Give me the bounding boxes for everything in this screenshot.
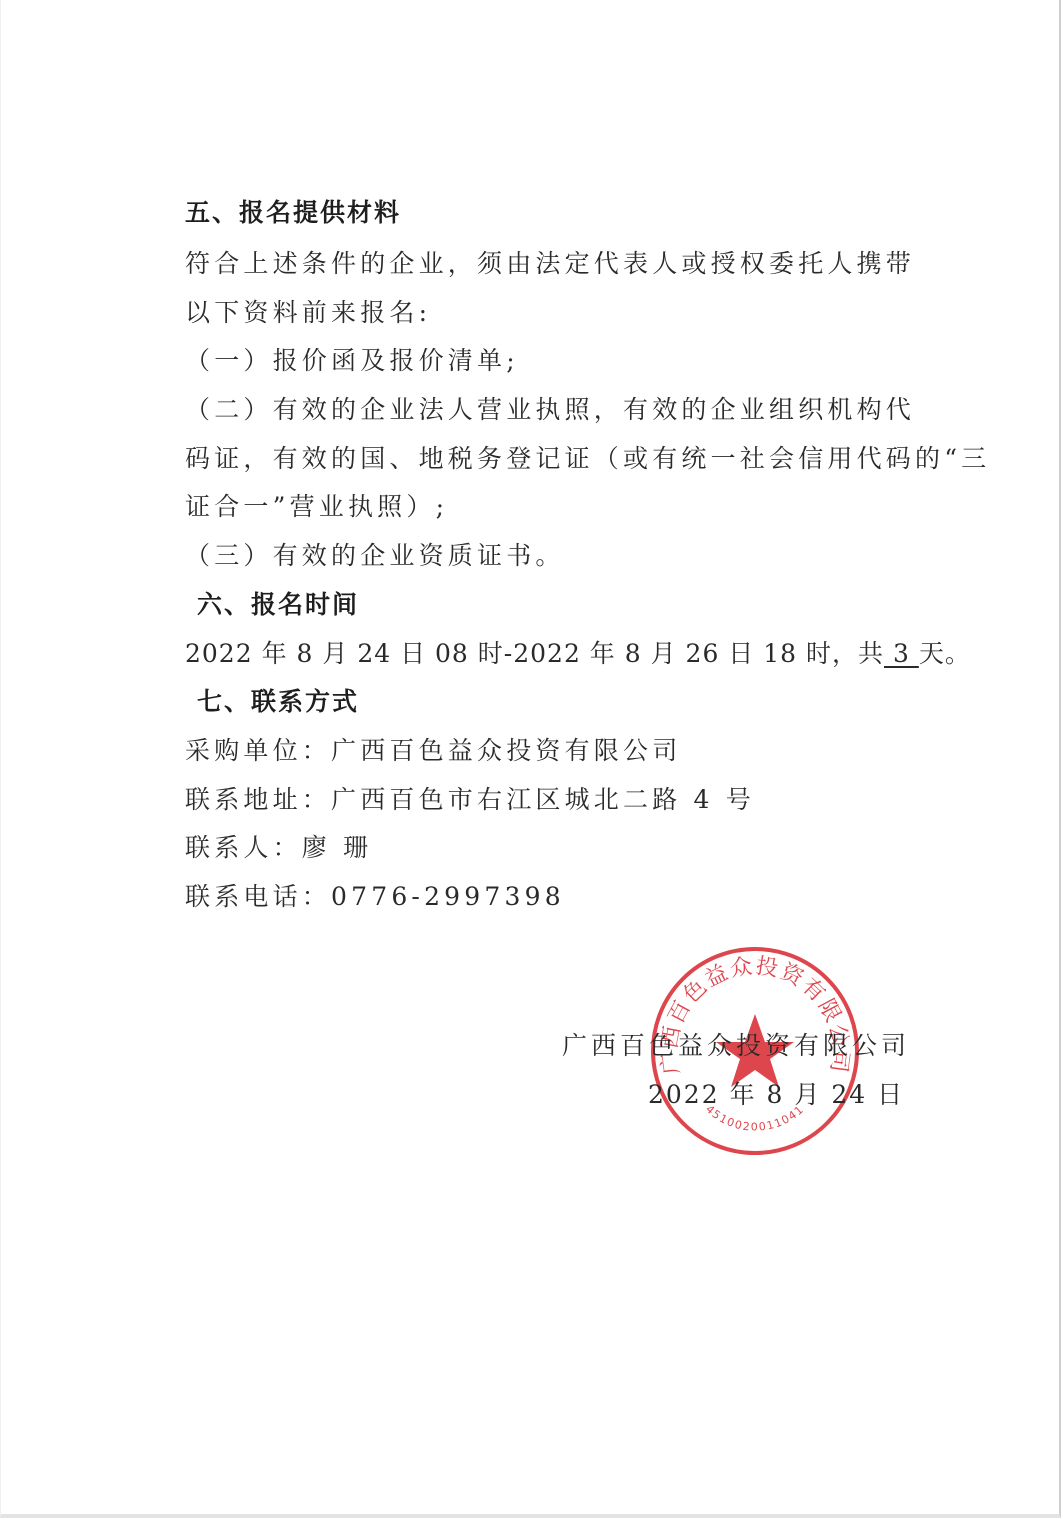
section5-item2-line1: （二）有效的企业法人营业执照，有效的企业组织机构代 — [185, 395, 925, 425]
signature-company: 广西百色益众投资有限公司 — [562, 1031, 910, 1061]
section5-item3: （三）有效的企业资质证书。 — [185, 541, 925, 571]
section5-intro-line1: 符合上述条件的企业，须由法定代表人或授权委托人携带 — [185, 249, 925, 279]
signature-date: 2022 年 8 月 24 日 — [648, 1080, 904, 1110]
phone: 联系电话：0776-2997398 — [185, 882, 925, 912]
section5-item1: （一）报价函及报价清单; — [185, 346, 925, 376]
section5-heading: 五、报名提供材料 — [185, 198, 925, 228]
registration-time-range: 2022 年 8 月 24 日 08 时-2022 年 8 月 26 日 18 … — [185, 639, 884, 668]
purchaser: 采购单位：广西百色益众投资有限公司 — [185, 736, 925, 766]
section5-item2-line2: 码证，有效的国、地税务登记证（或有统一社会信用代码的“三 — [185, 444, 925, 474]
registration-time-suffix: 天。 — [919, 639, 971, 668]
registration-time: 2022 年 8 月 24 日 08 时-2022 年 8 月 26 日 18 … — [185, 639, 925, 669]
section5-intro-line2: 以下资料前来报名: — [185, 298, 925, 328]
section7-heading: 七、联系方式 — [197, 687, 937, 717]
contact-person: 联系人：廖 珊 — [185, 833, 925, 863]
section6-heading: 六、报名时间 — [197, 590, 937, 620]
address: 联系地址：广西百色市右江区城北二路 4 号 — [185, 785, 925, 815]
section5-item2-line3: 证合一”营业执照）; — [185, 492, 925, 522]
registration-days: 3 — [884, 639, 919, 668]
